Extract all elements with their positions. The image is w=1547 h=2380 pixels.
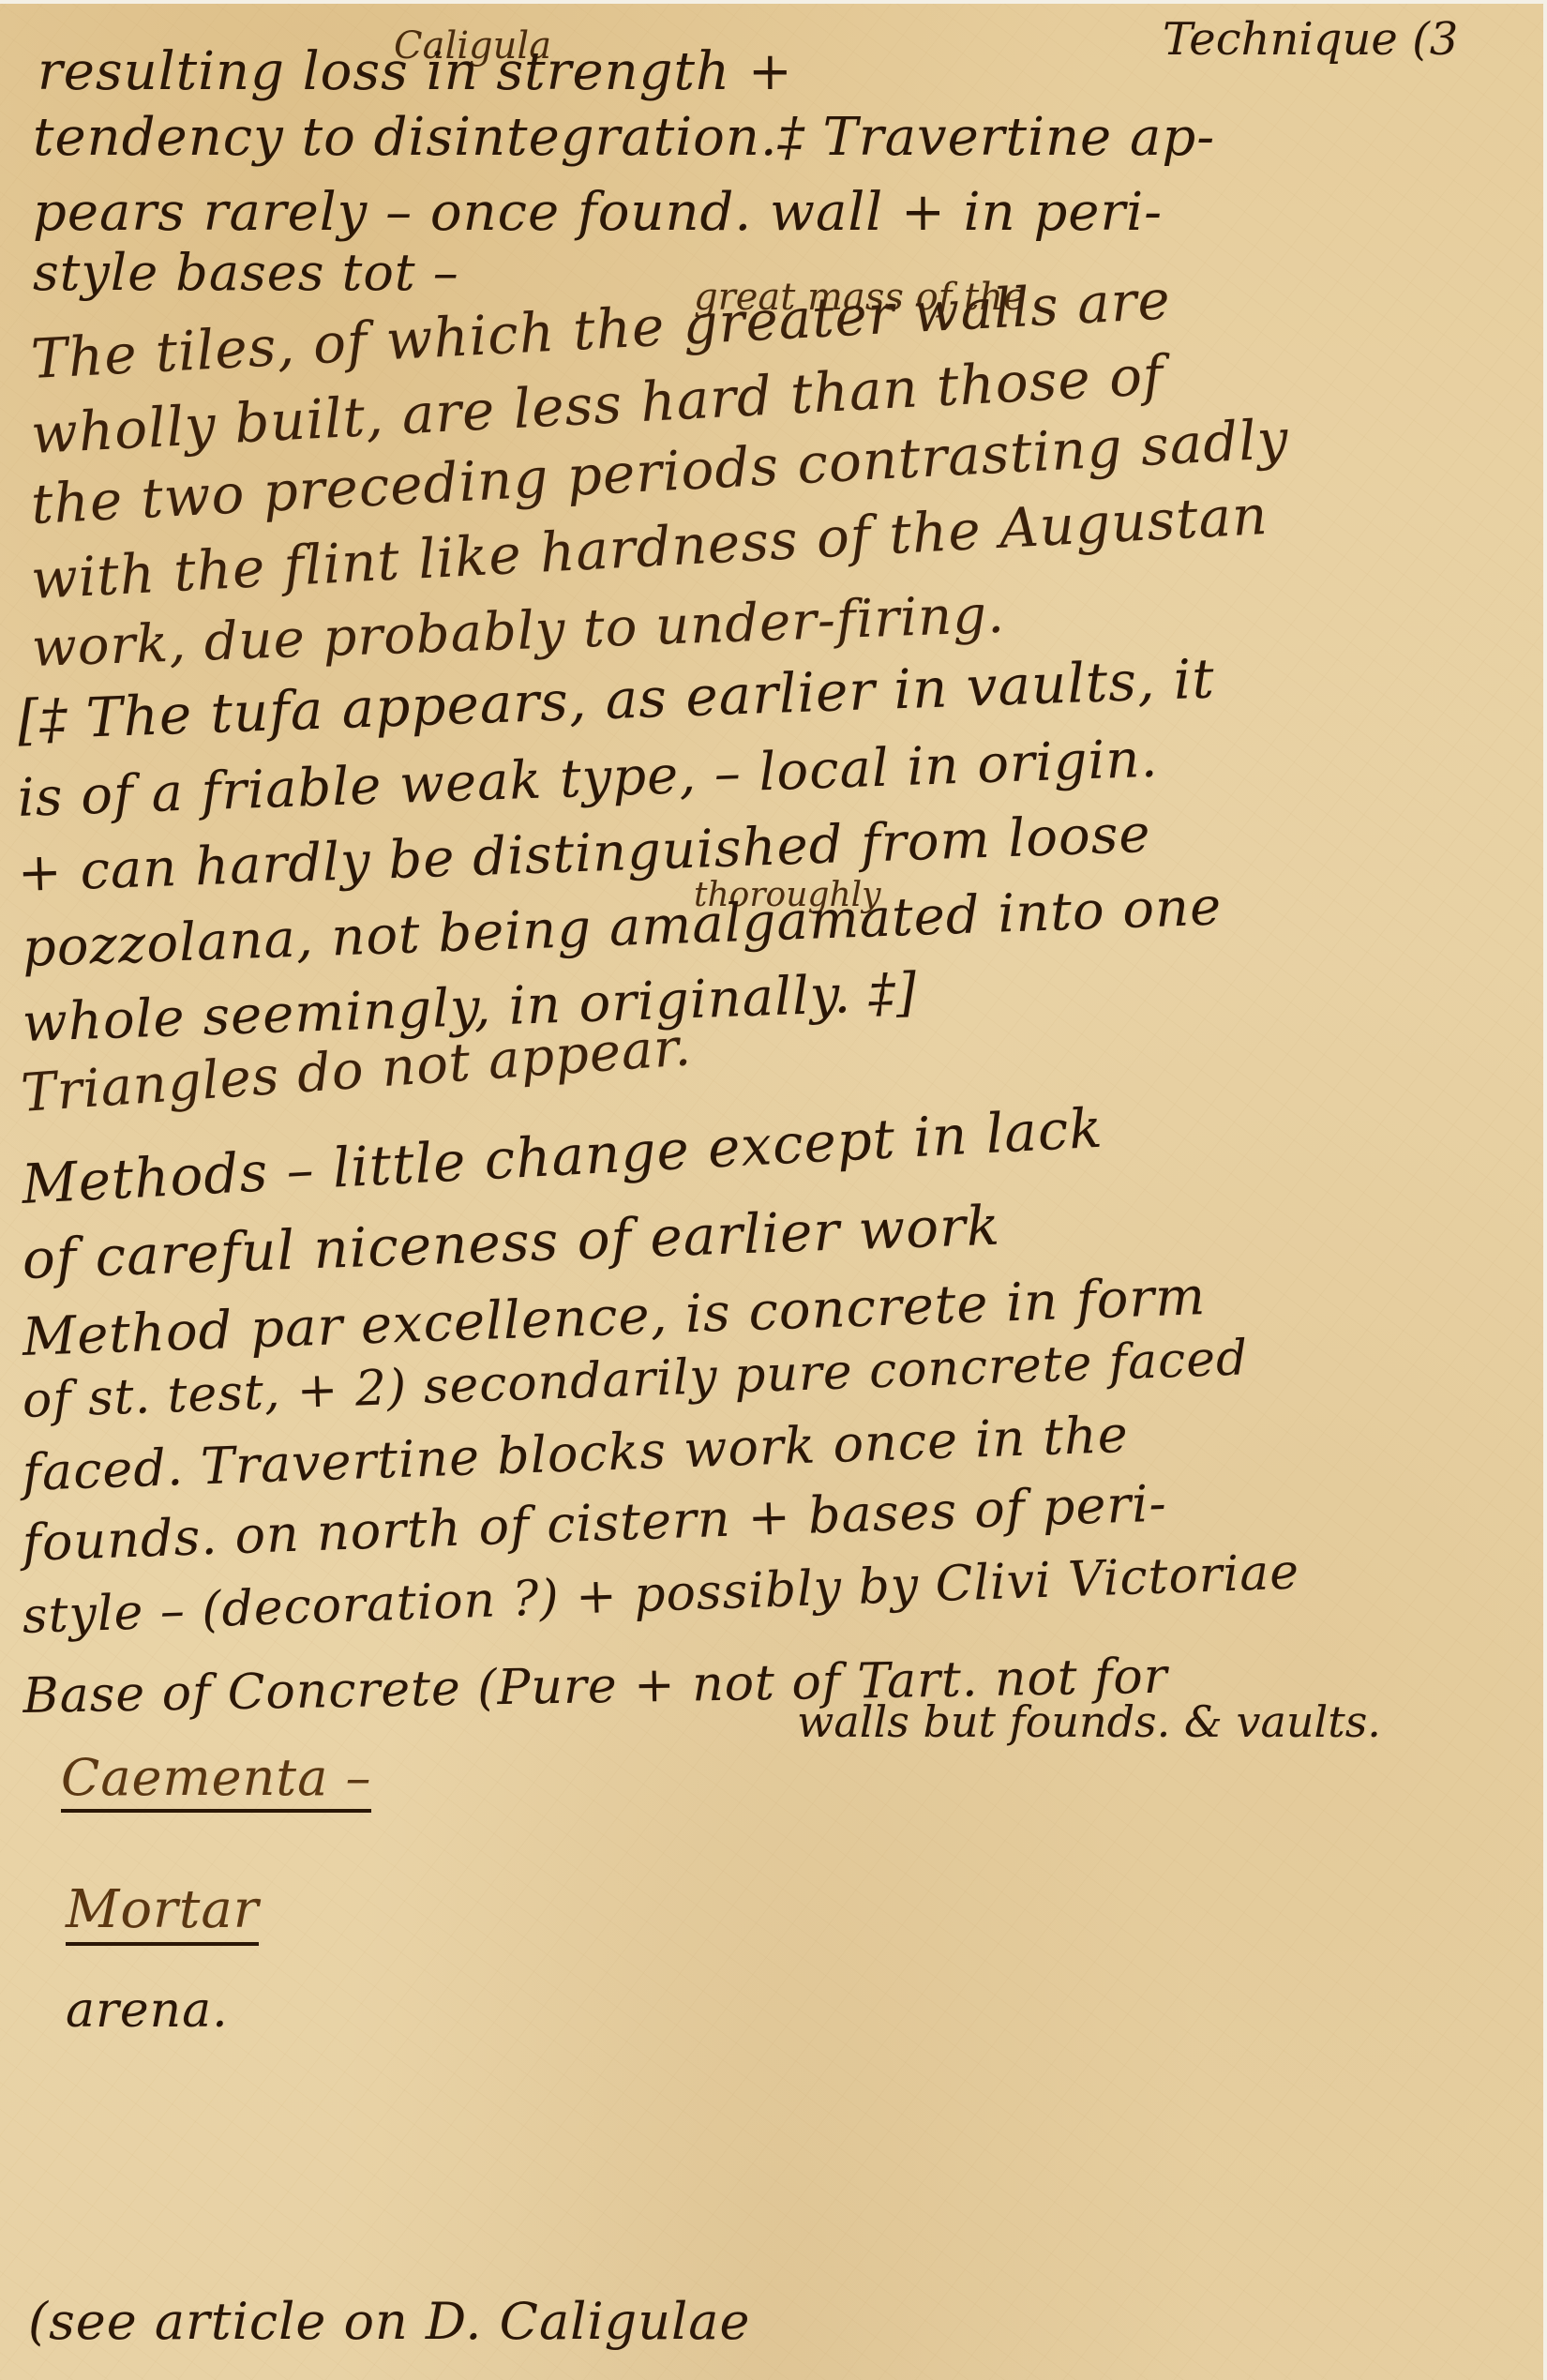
heading-arena: arena. xyxy=(66,1982,229,2039)
manuscript-line: pears rarely – once found. wall + in per… xyxy=(33,182,1163,243)
manuscript-page: Caligula Technique (3 great mass of the … xyxy=(0,0,1547,2380)
page-marker: Technique (3 xyxy=(1163,13,1458,66)
heading-mortar-text: Mortar xyxy=(66,1879,259,1946)
manuscript-line: resulting loss in strength + xyxy=(38,41,793,102)
heading-caementa-text: Caementa – xyxy=(61,1748,371,1813)
heading-mortar: Mortar xyxy=(66,1879,259,1940)
interlinear-walls-vaults: walls but founds. & vaults. xyxy=(797,1696,1381,1747)
footer-note: (see article on D. Caligulae xyxy=(28,2292,750,2351)
heading-caementa: Caementa – xyxy=(61,1748,371,1807)
manuscript-line: tendency to disintegration.‡ Travertine … xyxy=(33,107,1215,168)
manuscript-line: style bases tot – xyxy=(33,243,459,302)
